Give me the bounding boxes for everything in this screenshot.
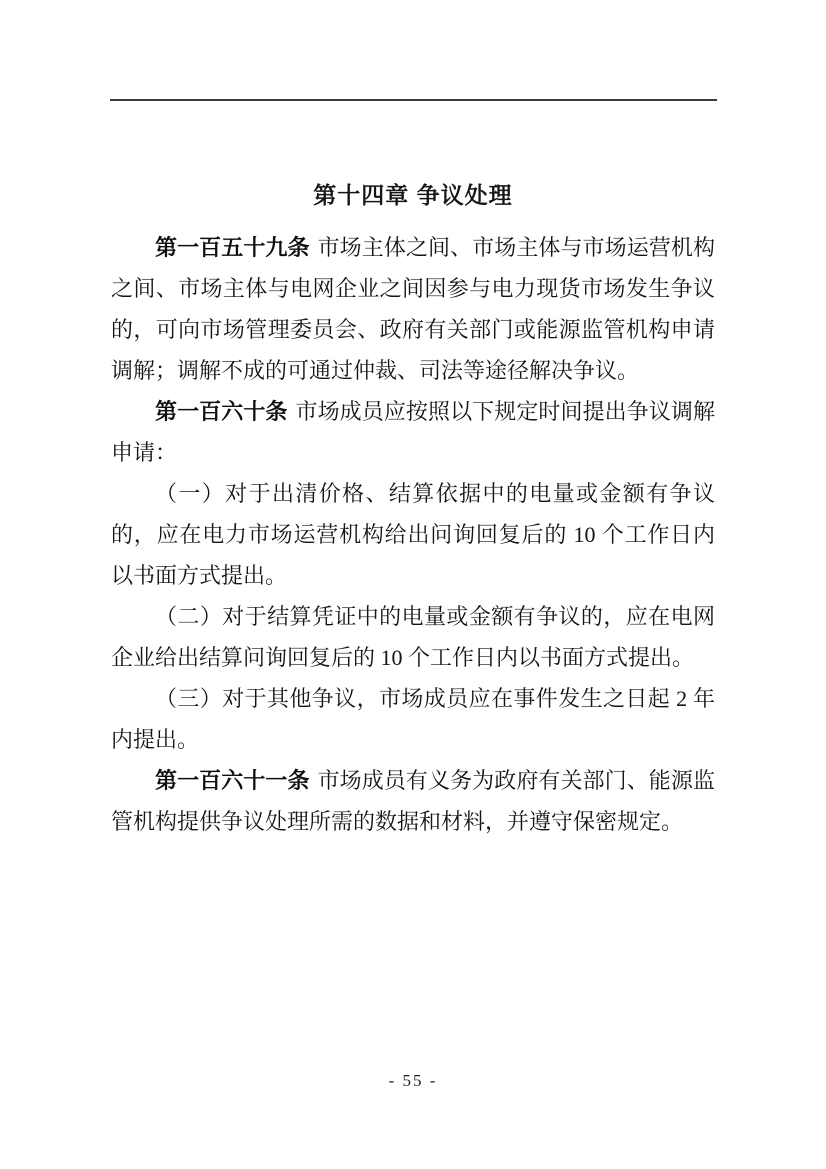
article-number: 第一百五十九条 — [155, 235, 310, 260]
article-text: （二）对于结算凭证中的电量或金额有争议的，应在电网企业给出结算问询回复后的 10… — [111, 604, 715, 670]
list-item-paragraph: （二）对于结算凭证中的电量或金额有争议的，应在电网企业给出结算问询回复后的 10… — [111, 596, 715, 678]
article-paragraph: 第一百五十九条市场主体之间、市场主体与市场运营机构之间、市场主体与电网企业之间因… — [111, 227, 715, 391]
chapter-title: 第十四章 争议处理 — [111, 178, 715, 212]
article-paragraph: 第一百六十一条市场成员有义务为政府有关部门、能源监管机构提供争议处理所需的数据和… — [111, 760, 715, 842]
article-number: 第一百六十一条 — [155, 768, 310, 793]
article-paragraph: 第一百六十条市场成员应按照以下规定时间提出争议调解申请： — [111, 391, 715, 473]
list-item-paragraph: （一）对于出清价格、结算依据中的电量或金额有争议的，应在电力市场运营机构给出问询… — [111, 473, 715, 596]
page-content: 第十四章 争议处理 第一百五十九条市场主体之间、市场主体与市场运营机构之间、市场… — [111, 178, 715, 842]
header-rule — [110, 99, 717, 101]
list-item-paragraph: （三）对于其他争议，市场成员应在事件发生之日起 2 年内提出。 — [111, 678, 715, 760]
article-text: （一）对于出清价格、结算依据中的电量或金额有争议的，应在电力市场运营机构给出问询… — [111, 481, 715, 588]
article-text: （三）对于其他争议，市场成员应在事件发生之日起 2 年内提出。 — [111, 686, 715, 752]
article-number: 第一百六十条 — [155, 399, 288, 424]
document-page: 第十四章 争议处理 第一百五十九条市场主体之间、市场主体与市场运营机构之间、市场… — [0, 0, 826, 1169]
page-number: - 55 - — [0, 1068, 826, 1094]
